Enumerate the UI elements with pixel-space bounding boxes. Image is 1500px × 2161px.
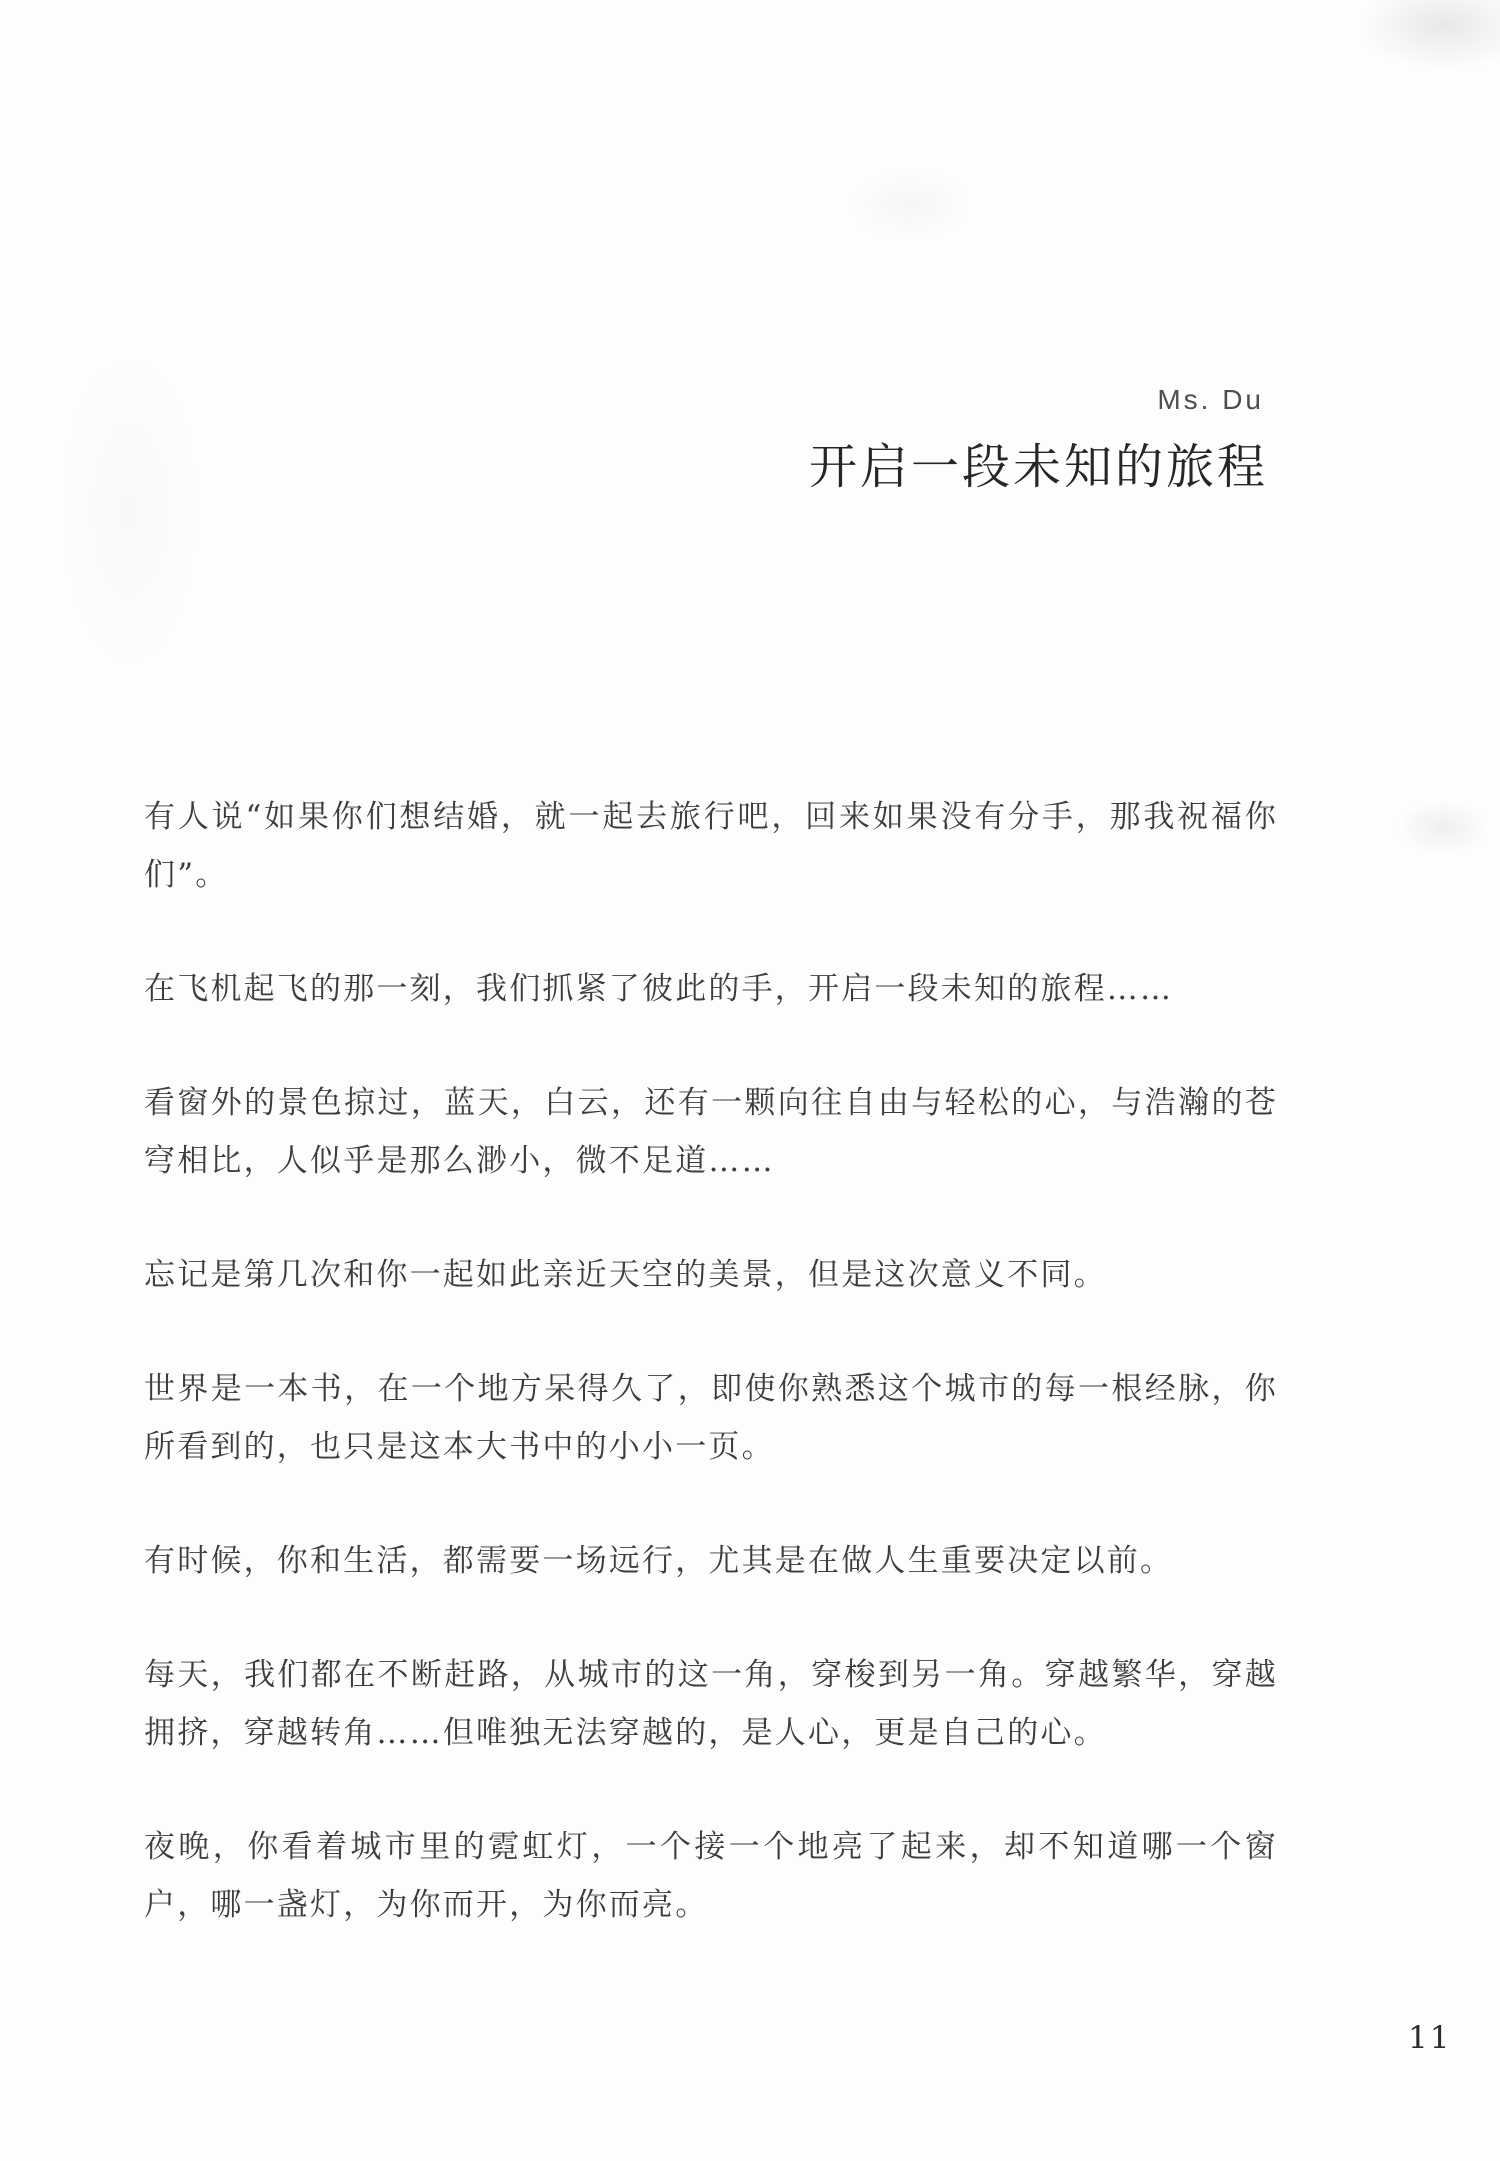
body-paragraph: 忘记是第几次和你一起如此亲近天空的美景，但是这次意义不同。 — [144, 1246, 1278, 1304]
body-paragraph: 有时候，你和生活，都需要一场远行，尤其是在做人生重要决定以前。 — [144, 1532, 1278, 1590]
chapter-title: 开启一段未知的旅程 — [809, 428, 1268, 497]
body-paragraph: 夜晚，你看着城市里的霓虹灯，一个接一个地亮了起来，却不知道哪一个窗户，哪一盏灯，… — [144, 1818, 1278, 1934]
page-number: 11 — [1408, 2020, 1451, 2056]
body-paragraph: 在飞机起飞的那一刻，我们抓紧了彼此的手，开启一段未知的旅程…… — [144, 960, 1278, 1018]
body-paragraph: 世界是一本书，在一个地方呆得久了，即使你熟悉这个城市的每一根经脉，你所看到的，也… — [144, 1360, 1278, 1476]
body-paragraph: 每天，我们都在不断赶路，从城市的这一角，穿梭到另一角。穿越繁华，穿越拥挤，穿越转… — [144, 1646, 1278, 1762]
scan-smudge — [850, 170, 970, 240]
scan-smudge — [1360, 0, 1500, 70]
body-paragraph: 有人说“如果你们想结婚，就一起去旅行吧，回来如果没有分手，那我祝福你们”。 — [144, 788, 1278, 904]
scan-smudge — [1398, 800, 1488, 855]
body-paragraph: 看窗外的景色掠过，蓝天，白云，还有一颗向往自由与轻松的心，与浩瀚的苍穹相比，人似… — [144, 1074, 1278, 1190]
scan-smudge — [60, 350, 200, 670]
page-body: 有人说“如果你们想结婚，就一起去旅行吧，回来如果没有分手，那我祝福你们”。 在飞… — [144, 788, 1278, 1934]
author-byline: Ms. Du — [1157, 384, 1264, 416]
book-page: Ms. Du 开启一段未知的旅程 有人说“如果你们想结婚，就一起去旅行吧，回来如… — [0, 0, 1500, 2161]
